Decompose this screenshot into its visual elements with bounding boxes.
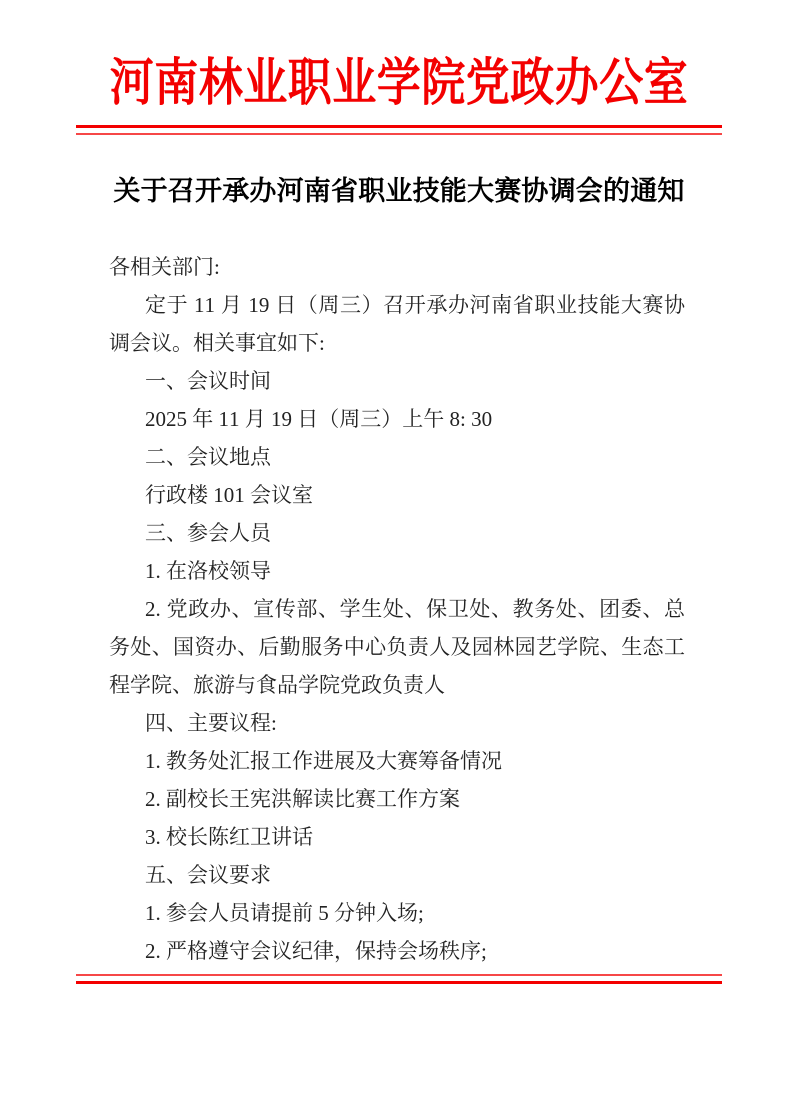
document-line: 2025 年 11 月 19 日（周三）上午 8: 30	[109, 400, 685, 438]
footer-rule-thin	[76, 974, 722, 976]
document-line: 2. 严格遵守会议纪律，保持会场秩序;	[109, 932, 685, 970]
letterhead-rule-thin	[76, 133, 722, 135]
document-line: 五、会议要求	[109, 856, 685, 894]
document-line: 3. 校长陈红卫讲话	[109, 818, 685, 856]
document-page: 河南林业职业学院党政办公室 关于召开承办河南省职业技能大赛协调会的通知 各相关部…	[0, 0, 794, 1108]
document-line: 调会议。相关事宜如下:	[109, 324, 685, 362]
footer-rule-thick	[76, 981, 722, 984]
document-line: 务处、国资办、后勤服务中心负责人及园林园艺学院、生态工	[109, 628, 685, 666]
document-body: 各相关部门:定于 11 月 19 日（周三）召开承办河南省职业技能大赛协调会议。…	[109, 248, 685, 970]
document-line: 三、参会人员	[109, 514, 685, 552]
letterhead-rule-thick	[76, 125, 722, 128]
document-line: 行政楼 101 会议室	[109, 476, 685, 514]
document-line: 2. 副校长王宪洪解读比赛工作方案	[109, 780, 685, 818]
document-line: 1. 教务处汇报工作进展及大赛筹备情况	[109, 742, 685, 780]
letterhead-office-name: 河南林业职业学院党政办公室	[76, 54, 722, 114]
document-line: 各相关部门:	[109, 248, 685, 286]
document-line: 定于 11 月 19 日（周三）召开承办河南省职业技能大赛协	[109, 286, 685, 324]
document-line: 1. 参会人员请提前 5 分钟入场;	[109, 894, 685, 932]
document-line: 一、会议时间	[109, 362, 685, 400]
document-line: 二、会议地点	[109, 438, 685, 476]
document-line: 程学院、旅游与食品学院党政负责人	[109, 666, 685, 704]
document-line: 2. 党政办、宣传部、学生处、保卫处、教务处、团委、总	[109, 590, 685, 628]
document-line: 1. 在洛校领导	[109, 552, 685, 590]
document-title: 关于召开承办河南省职业技能大赛协调会的通知	[76, 172, 722, 210]
document-line: 四、主要议程:	[109, 704, 685, 742]
